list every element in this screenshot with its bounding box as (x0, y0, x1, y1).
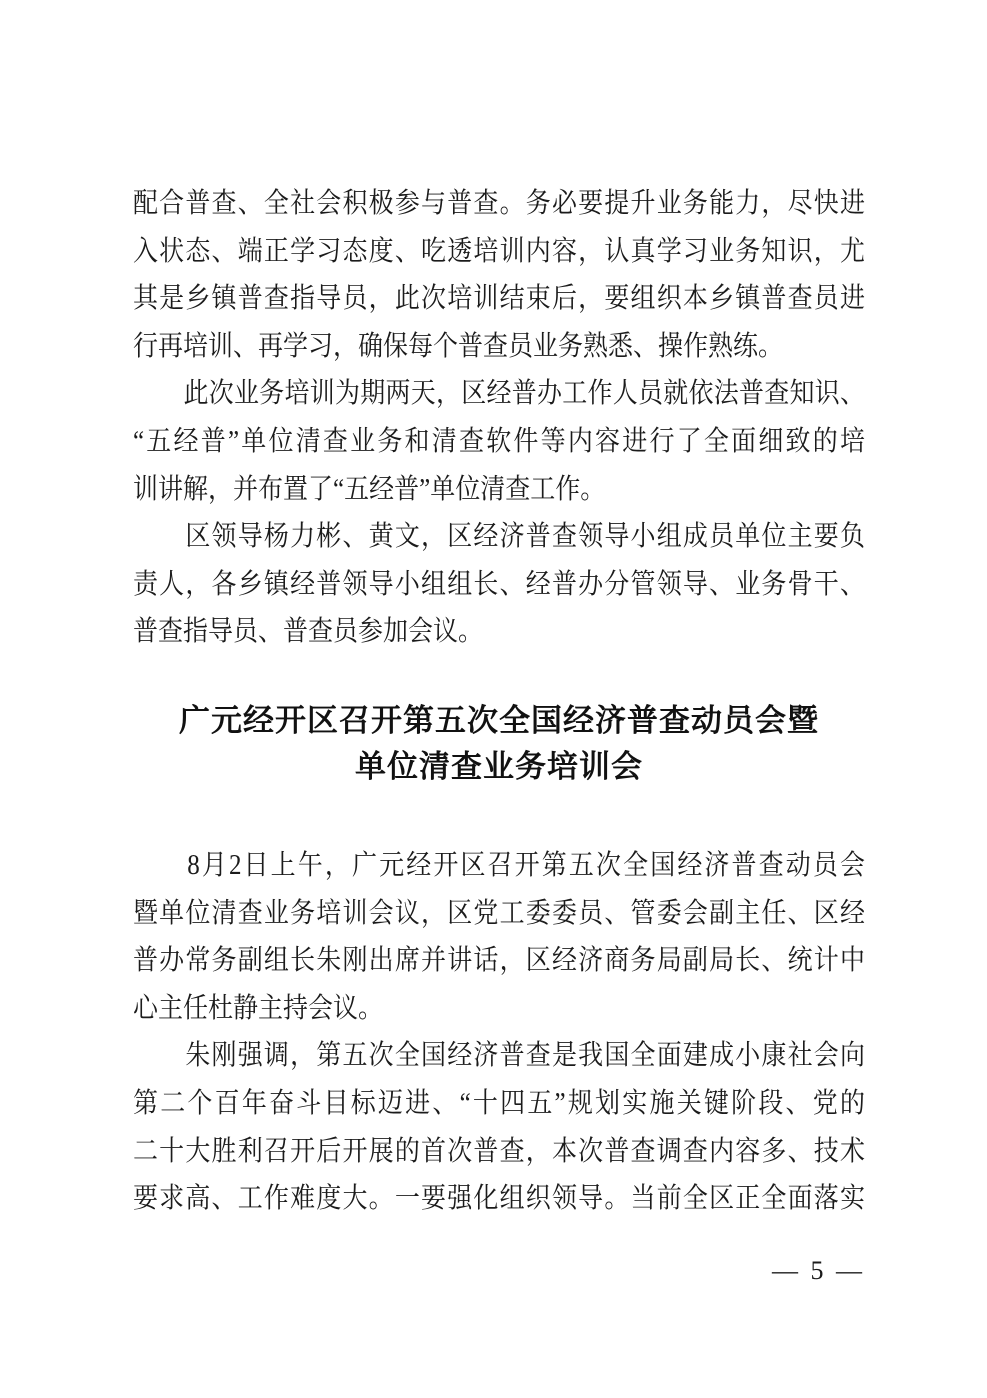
text-line: 其是乡镇普查指导员，此次培训结束后，要组织本乡镇普查员进 (133, 272, 865, 325)
paragraph: 区领导杨力彬、黄文，区经济普查领导小组成员单位主要负责人，各乡镇经普领导小组组长… (133, 513, 865, 656)
text-line: 行再培训、再学习，确保每个普查员业务熟悉、操作熟练。 (133, 320, 865, 373)
text-line: 普查指导员、普查员参加会议。 (133, 605, 865, 658)
text-line: 训讲解，并布置了“五经普”单位清查工作。 (133, 463, 865, 516)
text-line: 暨单位清查业务培训会议，区党工委委员、管委会副主任、区经 (133, 887, 865, 940)
heading-line: 单位清查业务培训会 (133, 744, 865, 790)
text-line: “五经普”单位清查业务和清查软件等内容进行了全面细致的培 (133, 415, 865, 468)
paragraph: 8月2日上午，广元经开区召开第五次全国经济普查动员会暨单位清查业务培训会议，区党… (133, 842, 865, 1032)
text-line: 第二个百年奋斗目标迈进、“十四五”规划实施关键阶段、党的 (133, 1077, 865, 1130)
text-line: 要求高、工作难度大。一要强化组织领导。当前全区正全面落实 (133, 1172, 865, 1225)
text-line: 朱刚强调，第五次全国经济普查是我国全面建成小康社会向 (133, 1029, 865, 1082)
paragraph: 朱刚强调，第五次全国经济普查是我国全面建成小康社会向第二个百年奋斗目标迈进、“十… (133, 1032, 865, 1222)
heading-line: 广元经开区召开第五次全国经济普查动员会暨 (133, 698, 865, 744)
text-line: 区领导杨力彬、黄文，区经济普查领导小组成员单位主要负 (133, 510, 865, 563)
text-line: 普办常务副组长朱刚出席并讲话，区经济商务局副局长、统计中 (133, 934, 865, 987)
text-line: 入状态、端正学习态度、吃透培训内容，认真学习业务知识，尤 (133, 225, 865, 278)
text-line: 此次业务培训为期两天，区经普办工作人员就依法普查知识、 (133, 368, 865, 421)
document-page: 配合普查、全社会积极参与普查。务必要提升业务能力，尽快进入状态、端正学习态度、吃… (0, 0, 987, 1398)
document-content: 配合普查、全社会积极参与普查。务必要提升业务能力，尽快进入状态、端正学习态度、吃… (133, 180, 865, 1223)
text-line: 责人，各乡镇经普领导小组组长、经普办分管领导、业务骨干、 (133, 558, 865, 611)
text-line: 8月2日上午，广元经开区召开第五次全国经济普查动员会 (133, 839, 865, 892)
page-number: — 5 — (772, 1256, 865, 1286)
document-heading: 广元经开区召开第五次全国经济普查动员会暨单位清查业务培训会 (133, 698, 865, 790)
text-line: 心主任杜静主持会议。 (133, 982, 865, 1035)
paragraph: 此次业务培训为期两天，区经普办工作人员就依法普查知识、“五经普”单位清查业务和清… (133, 370, 865, 513)
text-line: 配合普查、全社会积极参与普查。务必要提升业务能力，尽快进 (133, 177, 865, 230)
paragraph: 配合普查、全社会积极参与普查。务必要提升业务能力，尽快进入状态、端正学习态度、吃… (133, 180, 865, 370)
text-line: 二十大胜利召开后开展的首次普查，本次普查调查内容多、技术 (133, 1125, 865, 1178)
